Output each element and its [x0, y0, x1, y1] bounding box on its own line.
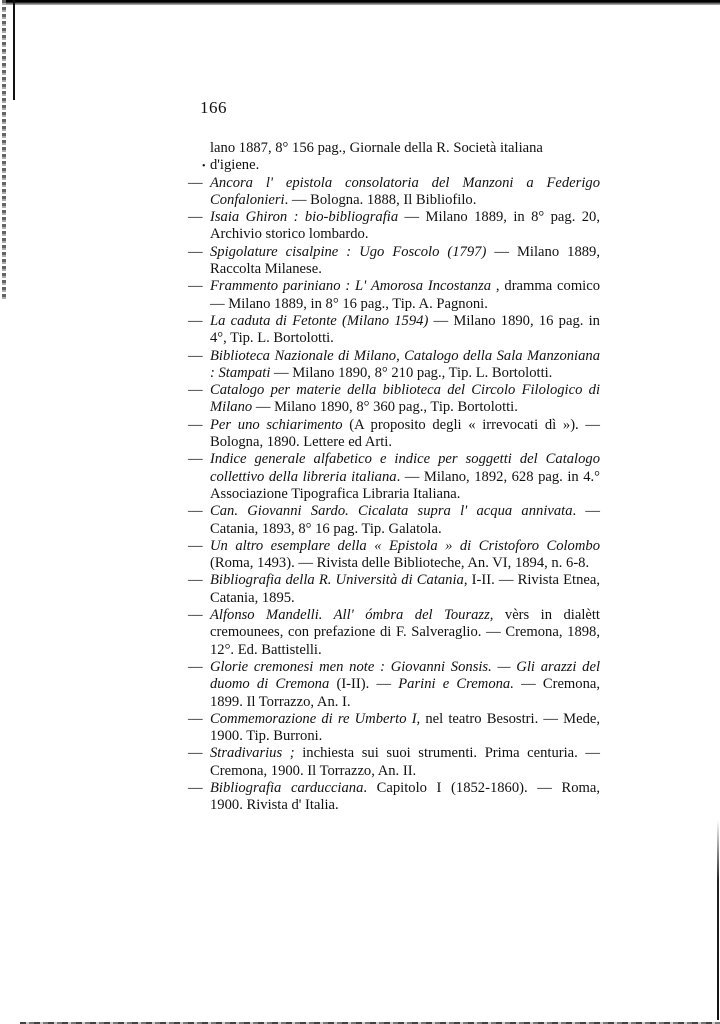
entry-title: Can. Giovanni Sardo. Cicalata supra l' a… — [210, 503, 573, 519]
entry-details: — Milano 1890, 8° 360 pag., Tip. Bortolo… — [252, 399, 518, 415]
entry-dash: — — [188, 538, 203, 555]
entry-title: Commemorazione di re Umberto I, — [210, 711, 420, 727]
entry-dash: — — [188, 278, 203, 295]
continuation-line-2: d'igiene. — [210, 157, 259, 173]
scan-border-left — [2, 0, 6, 300]
entry-title: Per uno schiarimento — [210, 417, 343, 433]
bibliography-list: lano 1887, 8° 156 pag., Giornale della R… — [188, 140, 600, 815]
bibliography-entry: —Stradivarius ; inchiesta sui suoi strum… — [188, 745, 600, 780]
entry-dash: — — [188, 209, 203, 226]
entry-dash: — — [188, 451, 203, 468]
scan-border-top — [6, 0, 720, 5]
bibliography-entry: —Catalogo per materie della biblioteca d… — [188, 382, 600, 417]
entry-details: — Milano 1890, 8° 210 pag., Tip. L. Bort… — [270, 365, 552, 381]
bibliography-entry: —Biblioteca Nazionale di Milano, Catalog… — [188, 348, 600, 383]
entry-dash: — — [188, 417, 203, 434]
bullet-mark: • — [202, 158, 206, 175]
entry-dash: — — [188, 659, 203, 676]
scan-border-left-inner — [13, 0, 15, 100]
page-number: 166 — [200, 98, 227, 118]
bibliography-entry: —Ancora l' epistola consolatoria del Man… — [188, 175, 600, 210]
bibliography-entry: —Can. Giovanni Sardo. Cicalata supra l' … — [188, 503, 600, 538]
entry-title-secondary: Parini e Cremona. — [398, 676, 514, 692]
entry-dash: — — [188, 348, 203, 365]
entry-dash: — — [188, 780, 203, 797]
entry-title: Bibliografia della R. Università di Cata… — [210, 572, 464, 588]
entry-title: Alfonso Mandelli. All' ómbra del Tourazz… — [210, 607, 493, 623]
bibliography-entry: —La caduta di Fetonte (Milano 1594) — Mi… — [188, 313, 600, 348]
entry-title: Frammento pariniano : L' Amorosa Incosta… — [210, 278, 491, 294]
bibliography-entry: —Alfonso Mandelli. All' ómbra del Touraz… — [188, 607, 600, 659]
entry-dash: — — [188, 503, 203, 520]
entry-dash: — — [188, 745, 203, 762]
bibliography-entry: —Un altro esemplare della « Epistola » d… — [188, 538, 600, 573]
entry-title: Stradivarius ; — [210, 745, 295, 761]
entry-details: (I-II). — — [329, 676, 398, 692]
entry-dash: — — [188, 572, 203, 589]
entry-dash: — — [188, 244, 203, 261]
entry-title: La caduta di Fetonte (Milano 1594) — [210, 313, 428, 329]
bibliography-entry: —Per uno schiarimento (A proposito degli… — [188, 417, 600, 452]
entry-title: Isaia Ghiron : bio-bibliografia — [210, 209, 398, 225]
entry-dash: — — [188, 607, 203, 624]
bibliography-entry: —Spigolature cisalpine : Ugo Foscolo (17… — [188, 244, 600, 279]
entry-dash: — — [188, 711, 203, 728]
bibliography-entry: —Commemorazione di re Umberto I, nel tea… — [188, 711, 600, 746]
scan-border-right — [717, 820, 719, 1020]
continuation-entry: lano 1887, 8° 156 pag., Giornale della R… — [188, 140, 600, 175]
entry-details: . — Bologna. 1888, Il Bibliofilo. — [285, 192, 477, 208]
bibliography-entry: —Bibliografia carducciana. Capitolo I (1… — [188, 780, 600, 815]
entry-title: Spigolature cisalpine : Ugo Foscolo (179… — [210, 244, 486, 260]
entry-dash: — — [188, 313, 203, 330]
entry-title: Bibliografia carducciana — [210, 780, 363, 796]
bibliography-entry: —Isaia Ghiron : bio-bibliografia — Milan… — [188, 209, 600, 244]
entry-details: (Roma, 1493). — Rivista delle Bibliotech… — [210, 555, 589, 571]
entry-dash: — — [188, 382, 203, 399]
entry-title: Un altro esemplare della « Epistola » di… — [210, 538, 600, 554]
entry-dash: — — [188, 175, 203, 192]
bibliography-entry: —Bibliografia della R. Università di Cat… — [188, 572, 600, 607]
bibliography-entry: —Frammento pariniano : L' Amorosa Incost… — [188, 278, 600, 313]
bibliography-entry: —Glorie cremonesi men note : Giovanni So… — [188, 659, 600, 711]
continuation-line-1: lano 1887, 8° 156 pag., Giornale della R… — [210, 140, 543, 156]
bibliography-entry: —Indice generale alfabetico e indice per… — [188, 451, 600, 503]
